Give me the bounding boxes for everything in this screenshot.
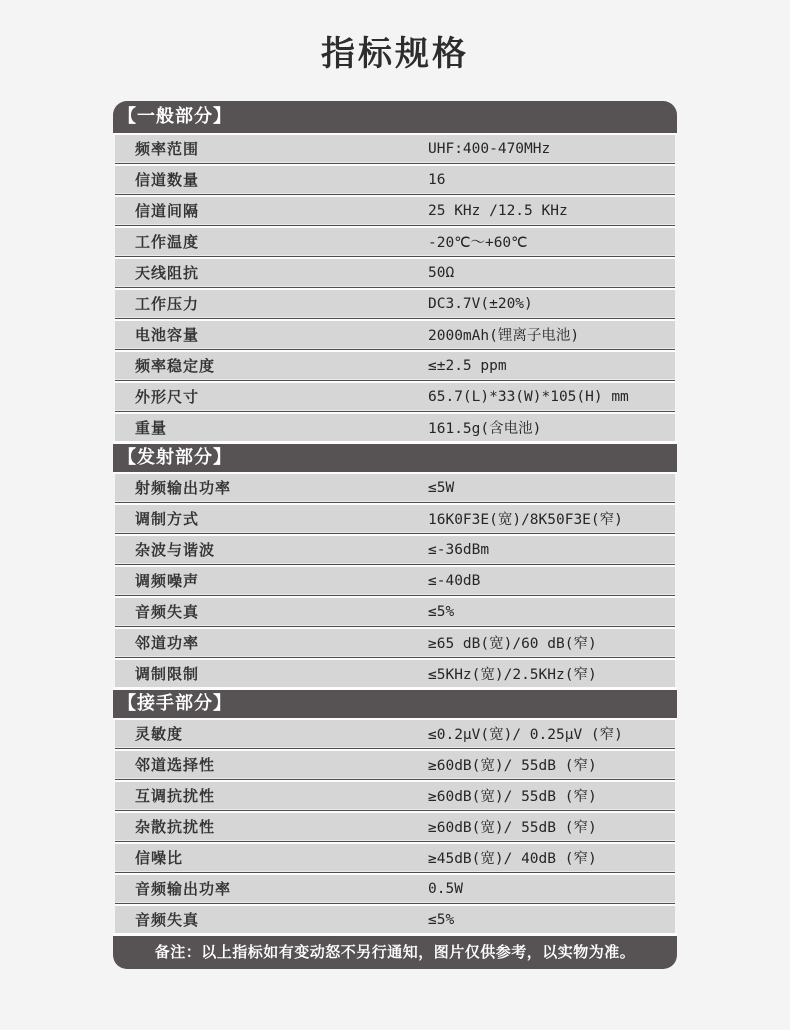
- spec-value: ≤0.2μV(宽)/ 0.25μV (窄): [428, 723, 675, 744]
- spec-row: 音频失真≤5%: [115, 906, 675, 933]
- spec-row: 工作压力DC3.7V(±20%): [115, 290, 675, 317]
- spec-value: ≤±2.5 ppm: [428, 358, 675, 374]
- spec-row: 信道间隔25 KHz /12.5 KHz: [115, 197, 675, 224]
- spec-value: ≥65 dB(宽)/60 dB(窄): [428, 632, 675, 653]
- spec-label: 工作压力: [115, 293, 428, 314]
- spec-row: 互调抗扰性≥60dB(宽)/ 55dB (窄): [115, 782, 675, 809]
- spec-label: 信道数量: [115, 169, 428, 190]
- spec-row: 调频噪声≤-40dB: [115, 567, 675, 594]
- spec-label: 灵敏度: [115, 723, 428, 744]
- spec-row: 射频输出功率≤5W: [115, 474, 675, 501]
- spec-label: 电池容量: [115, 324, 428, 345]
- spec-label: 邻道选择性: [115, 754, 428, 775]
- spec-row: 天线阻抗50Ω: [115, 259, 675, 286]
- spec-label: 天线阻抗: [115, 262, 428, 283]
- spec-value: ≤5KHz(宽)/2.5KHz(窄): [428, 663, 675, 684]
- spec-value: -20℃～+60℃: [428, 231, 675, 252]
- section-body: 频率范围UHF:400-470MHz信道数量16信道间隔25 KHz /12.5…: [113, 135, 677, 441]
- spec-value: DC3.7V(±20%): [428, 296, 675, 312]
- spec-row: 调制限制≤5KHz(宽)/2.5KHz(窄): [115, 660, 675, 687]
- spec-label: 互调抗扰性: [115, 785, 428, 806]
- spec-row: 调制方式16K0F3E(宽)/8K50F3E(窄): [115, 505, 675, 532]
- spec-label: 频率稳定度: [115, 355, 428, 376]
- section-header: 【接手部分】: [113, 690, 677, 718]
- spec-value: 25 KHz /12.5 KHz: [428, 203, 675, 219]
- spec-label: 音频输出功率: [115, 878, 428, 899]
- spec-row: 电池容量2000mAh(锂离子电池): [115, 321, 675, 348]
- spec-label: 杂散抗扰性: [115, 816, 428, 837]
- spec-label: 信道间隔: [115, 200, 428, 221]
- spec-row: 灵敏度≤0.2μV(宽)/ 0.25μV (窄): [115, 720, 675, 747]
- spec-label: 射频输出功率: [115, 477, 428, 498]
- spec-value: 161.5g(含电池): [428, 417, 675, 438]
- spec-value: 65.7(L)*33(W)*105(H) mm: [428, 389, 675, 405]
- spec-label: 重量: [115, 417, 428, 438]
- spec-value: ≥45dB(宽)/ 40dB (窄): [428, 847, 675, 868]
- section-header: 【一般部分】: [113, 101, 677, 133]
- spec-value: ≥60dB(宽)/ 55dB (窄): [428, 816, 675, 837]
- spec-row: 重量161.5g(含电池): [115, 414, 675, 441]
- page-title: 指标规格: [0, 26, 790, 75]
- spec-row: 邻道选择性≥60dB(宽)/ 55dB (窄): [115, 751, 675, 778]
- spec-value: 50Ω: [428, 265, 675, 281]
- spec-value: ≤5%: [428, 604, 675, 620]
- spec-row: 工作温度-20℃～+60℃: [115, 228, 675, 255]
- spec-value: ≤5W: [428, 480, 675, 496]
- spec-row: 信道数量16: [115, 166, 675, 193]
- spec-value: 16K0F3E(宽)/8K50F3E(窄): [428, 508, 675, 529]
- spec-value: ≤-36dBm: [428, 542, 675, 558]
- spec-label: 频率范围: [115, 138, 428, 159]
- section-header: 【发射部分】: [113, 444, 677, 472]
- section-body: 灵敏度≤0.2μV(宽)/ 0.25μV (窄)邻道选择性≥60dB(宽)/ 5…: [113, 720, 677, 933]
- spec-label: 外形尺寸: [115, 386, 428, 407]
- spec-value: UHF:400-470MHz: [428, 141, 675, 157]
- spec-label: 信噪比: [115, 847, 428, 868]
- spec-table: 【一般部分】频率范围UHF:400-470MHz信道数量16信道间隔25 KHz…: [113, 101, 677, 969]
- spec-row: 频率范围UHF:400-470MHz: [115, 135, 675, 162]
- spec-label: 音频失真: [115, 909, 428, 930]
- spec-row: 邻道功率≥65 dB(宽)/60 dB(窄): [115, 629, 675, 656]
- note-bar: 备注：以上指标如有变动怒不另行通知，图片仅供参考，以实物为准。: [113, 936, 677, 969]
- spec-label: 音频失真: [115, 601, 428, 622]
- spec-row: 杂散抗扰性≥60dB(宽)/ 55dB (窄): [115, 813, 675, 840]
- spec-value: 16: [428, 172, 675, 188]
- spec-row: 频率稳定度≤±2.5 ppm: [115, 352, 675, 379]
- spec-label: 调制限制: [115, 663, 428, 684]
- spec-value: 2000mAh(锂离子电池): [428, 324, 675, 345]
- spec-label: 调频噪声: [115, 570, 428, 591]
- spec-label: 杂波与谐波: [115, 539, 428, 560]
- spec-row: 音频失真≤5%: [115, 598, 675, 625]
- spec-value: ≥60dB(宽)/ 55dB (窄): [428, 785, 675, 806]
- spec-value: ≤-40dB: [428, 573, 675, 589]
- spec-value: ≥60dB(宽)/ 55dB (窄): [428, 754, 675, 775]
- spec-row: 音频输出功率0.5W: [115, 875, 675, 902]
- spec-label: 调制方式: [115, 508, 428, 529]
- spec-value: 0.5W: [428, 881, 675, 897]
- spec-value: ≤5%: [428, 912, 675, 928]
- spec-label: 邻道功率: [115, 632, 428, 653]
- spec-row: 信噪比≥45dB(宽)/ 40dB (窄): [115, 844, 675, 871]
- spec-sections: 【一般部分】频率范围UHF:400-470MHz信道数量16信道间隔25 KHz…: [113, 101, 677, 936]
- spec-row: 外形尺寸65.7(L)*33(W)*105(H) mm: [115, 383, 675, 410]
- note-text: 备注：以上指标如有变动怒不另行通知，图片仅供参考，以实物为准。: [155, 943, 636, 961]
- spec-row: 杂波与谐波≤-36dBm: [115, 536, 675, 563]
- section-body: 射频输出功率≤5W调制方式16K0F3E(宽)/8K50F3E(窄)杂波与谐波≤…: [113, 474, 677, 687]
- spec-label: 工作温度: [115, 231, 428, 252]
